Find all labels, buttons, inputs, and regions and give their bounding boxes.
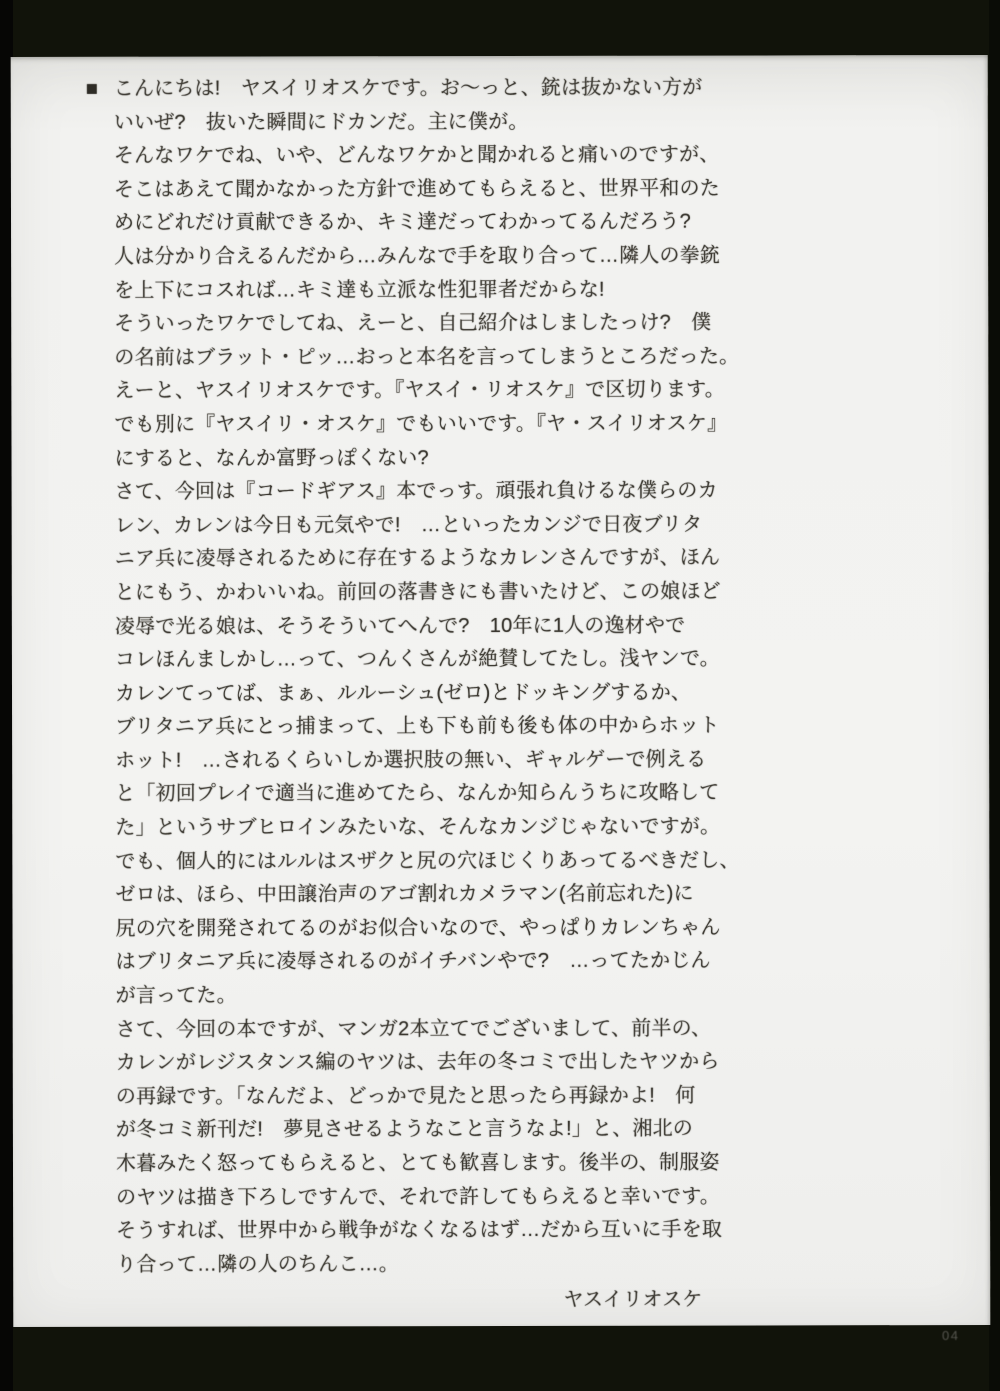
text-line: 人は分かり合えるんだから…みんなで手を取り合って…隣人の拳銃	[114, 239, 724, 274]
scan-edge-right	[989, 0, 1000, 1391]
text-line: さて、今回は『コードギアス』本でっす。頑張れ負けるな僕らのカ	[115, 475, 725, 510]
scanned-doujinshi-page: { "doc": { "bullet": "■", "lines": [ "こん…	[0, 0, 1000, 1391]
text-line: り合って…隣の人のちんこ…。	[116, 1247, 726, 1282]
text-line: ■こんにちは! ヤスイリオスケです。お〜っと、銃は抜かない方が	[114, 72, 724, 107]
paper-page: ■こんにちは! ヤスイリオスケです。お〜っと、銃は抜かない方がいいぜ? 抜いた瞬…	[11, 55, 991, 1327]
text-line: のヤツは描き下ろしですんで、それで許してもらえると幸いです。	[116, 1180, 726, 1215]
text-line: カレンがレジスタンス編のヤツは、去年の冬コミで出したヤツから	[116, 1046, 726, 1081]
text-line: えーと、ヤスイリオスケです。『ヤスイ・リオスケ』で区切ります。	[114, 374, 724, 409]
text-line: そんなワケでね、いや、どんなワケかと聞かれると痛いのですが、	[114, 139, 724, 174]
text-line: を上下にコスれば…キミ達も立派な性犯罪者だからな!	[114, 273, 724, 308]
section-bullet: ■	[86, 73, 98, 107]
body-text: ■こんにちは! ヤスイリオスケです。お〜っと、銃は抜かない方がいいぜ? 抜いた瞬…	[114, 72, 727, 1283]
text-line: 木暮みたく怒ってもらえると、とても歓喜します。後半の、制服姿	[116, 1147, 726, 1182]
text-line: そうすれば、世界中から戦争がなくなるはず…だから互いに手を取	[116, 1214, 726, 1249]
text-line: が冬コミ新刊だ! 夢見させるようなこと言うなよ!」と、湘北の	[116, 1113, 726, 1148]
text-line: 尻の穴を開発されてるのがお似合いなので、やっぱりカレンちゃん	[115, 911, 725, 946]
text-line: カレンてってば、まぁ、ルルーシュ(ゼロ)とドッキングするか、	[115, 676, 725, 711]
text-line: めにどれだけ貢献できるか、キミ達だってわかってるんだろう?	[114, 206, 724, 241]
scan-background: ■こんにちは! ヤスイリオスケです。お〜っと、銃は抜かない方がいいぜ? 抜いた瞬…	[0, 0, 1000, 1391]
text-line: の再録です。「なんだよ、どっかで見たと思ったら再録かよ! 何	[116, 1079, 726, 1114]
text-line: レン、カレンは今日も元気やで! …といったカンジで日夜ブリタ	[115, 508, 725, 543]
text-line: にすると、なんか富野っぽくない?	[114, 441, 724, 476]
text-line: ブリタニア兵にとっ捕まって、上も下も前も後も体の中からホット	[115, 710, 725, 745]
text-line: ホット! …されるくらいしか選択肢の無い、ギャルゲーで例える	[115, 743, 725, 778]
text-line: そういったワケでしてね、えーと、自己紹介はしましたっけ? 僕	[114, 307, 724, 342]
text-line: が言ってた。	[116, 979, 726, 1014]
text-line: の名前はブラット・ピッ…おっと本名を言ってしまうところだった。	[114, 340, 724, 375]
text-line: とにもう、かわいいね。前回の落書きにも書いたけど、この娘ほど	[115, 575, 725, 610]
text-line: 凌辱で光る娘は、そうそういてへんで? 10年に1人の逸材やで	[115, 609, 725, 644]
text-line: さて、今回の本ですが、マンガ2本立てでございまして、前半の、	[116, 1012, 726, 1047]
text-line: いいぜ? 抜いた瞬間にドカンだ。主に僕が。	[114, 105, 724, 140]
text-line: た」というサブヒロインみたいな、そんなカンジじゃないですが。	[115, 811, 725, 846]
text-line: ニア兵に凌辱されるために存在するようなカレンさんですが、ほん	[115, 542, 725, 577]
text-line: でも別に『ヤスイリ・オスケ』でもいいです。『ヤ・スイリオスケ』	[114, 407, 724, 442]
text-line: コレほんましかし…って、つんくさんが絶賛してたし。浅ヤンで。	[115, 643, 725, 678]
author-signature: ヤスイリオスケ	[563, 1284, 702, 1318]
text-line: そこはあえて聞かなかった方針で進めてもらえると、世界平和のた	[114, 172, 724, 207]
text-line: と「初回プレイで適当に進めてたら、なんか知らんうちに攻略して	[115, 777, 725, 812]
text-line: ゼロは、ほら、中田譲治声のアゴ割れカメラマン(名前忘れた)に	[115, 878, 725, 913]
text-line: でも、個人的にはルルはスザクと尻の穴ほじくりあってるべきだし、	[115, 844, 725, 879]
text-line: はブリタニア兵に凌辱されるのがイチバンやで? …ってたかじん	[116, 945, 726, 980]
page-number: 04	[942, 1328, 959, 1343]
